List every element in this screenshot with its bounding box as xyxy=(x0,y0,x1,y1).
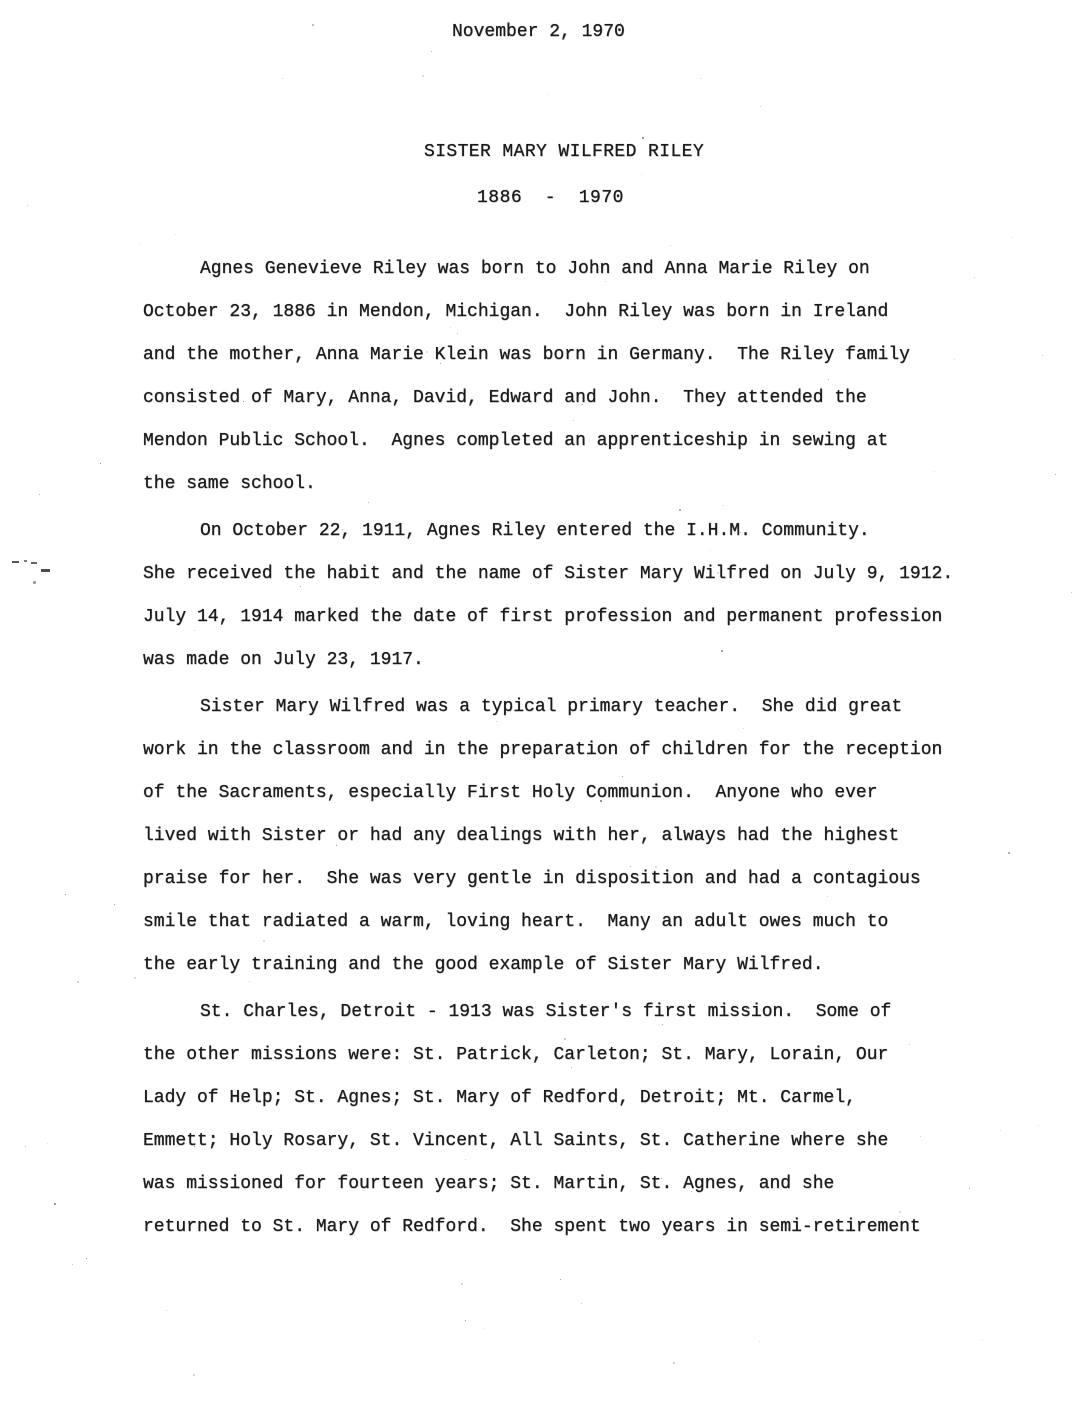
speck xyxy=(166,1310,167,1311)
text-line: lived with Sister or had any dealings wi… xyxy=(143,815,973,858)
text-line: Mendon Public School. Agnes completed an… xyxy=(143,420,973,463)
text-line: St. Charles, Detroit - 1913 was Sister's… xyxy=(143,991,973,1034)
speck xyxy=(100,463,101,464)
speck xyxy=(560,1279,561,1280)
speck xyxy=(114,904,115,905)
text-line: Lady of Help; St. Agnes; St. Mary of Red… xyxy=(143,1077,973,1120)
speck xyxy=(673,1362,675,1364)
text-line: returned to St. Mary of Redford. She spe… xyxy=(143,1206,973,1249)
speck xyxy=(39,494,40,495)
speck xyxy=(282,78,283,79)
text-line: was made on July 23, 1917. xyxy=(143,639,973,682)
speck xyxy=(982,1339,983,1340)
scanned-document-page: November 2, 1970 SISTER MARY WILFRED RIL… xyxy=(0,0,1088,1408)
pen-dash-mark xyxy=(41,569,50,572)
speck xyxy=(642,137,644,139)
text-line: and the mother, Anna Marie Klein was bor… xyxy=(143,334,973,377)
speck xyxy=(759,1341,760,1342)
speck xyxy=(1012,237,1013,238)
document-title: SISTER MARY WILFRED RILEY xyxy=(424,142,704,162)
speck xyxy=(54,1203,56,1205)
speck xyxy=(65,894,66,895)
speck xyxy=(700,78,701,79)
document-date: November 2, 1970 xyxy=(452,22,625,42)
speck xyxy=(86,1258,87,1259)
speck xyxy=(140,243,141,244)
pen-dash-mark xyxy=(31,562,37,564)
document-years: 1886 - 1970 xyxy=(477,188,624,208)
text-line: Emmett; Holy Rosary, St. Vincent, All Sa… xyxy=(143,1120,973,1163)
speck xyxy=(1071,592,1072,593)
speck xyxy=(1042,355,1043,356)
speck xyxy=(547,94,548,95)
text-line: work in the classroom and in the prepara… xyxy=(143,729,973,772)
speck xyxy=(974,277,975,278)
speck xyxy=(1000,1130,1001,1131)
speck xyxy=(483,1328,484,1329)
speck xyxy=(312,24,314,26)
speck xyxy=(1055,474,1056,475)
document-body: Agnes Genevieve Riley was born to John a… xyxy=(143,248,973,1253)
text-line: On October 22, 1911, Agnes Riley entered… xyxy=(143,510,973,553)
speck xyxy=(175,234,176,235)
speck xyxy=(134,977,136,979)
speck xyxy=(27,205,28,206)
speck xyxy=(47,1143,48,1144)
text-line: the same school. xyxy=(143,463,973,506)
text-line: Sister Mary Wilfred was a typical primar… xyxy=(143,686,973,729)
text-line: the other missions were: St. Patrick, Ca… xyxy=(143,1034,973,1077)
speck xyxy=(1038,1125,1039,1126)
speck xyxy=(670,245,671,246)
text-line: the early training and the good example … xyxy=(143,944,973,987)
text-line: consisted of Mary, Anna, David, Edward a… xyxy=(143,377,973,420)
speck xyxy=(641,174,642,175)
speck xyxy=(465,1320,466,1321)
speck xyxy=(431,51,432,52)
speck xyxy=(581,1303,582,1304)
speck xyxy=(461,1283,463,1285)
speck xyxy=(72,1264,73,1265)
text-line: October 23, 1886 in Mendon, Michigan. Jo… xyxy=(143,291,973,334)
speck xyxy=(25,1146,26,1147)
paragraph: Agnes Genevieve Riley was born to John a… xyxy=(143,248,973,506)
text-line: smile that radiated a warm, loving heart… xyxy=(143,901,973,944)
speck xyxy=(760,106,761,107)
text-line: Agnes Genevieve Riley was born to John a… xyxy=(143,248,973,291)
speck xyxy=(422,75,424,77)
paragraph: Sister Mary Wilfred was a typical primar… xyxy=(143,686,973,987)
pen-dot-mark xyxy=(33,581,36,584)
paragraph: On October 22, 1911, Agnes Riley entered… xyxy=(143,510,973,682)
text-line: July 14, 1914 marked the date of first p… xyxy=(143,596,973,639)
pen-dash-mark xyxy=(12,561,19,563)
speck xyxy=(193,1374,195,1376)
text-line: of the Sacraments, especially First Holy… xyxy=(143,772,973,815)
text-line: was missioned for fourteen years; St. Ma… xyxy=(143,1163,973,1206)
text-line: praise for her. She was very gentle in d… xyxy=(143,858,973,901)
text-line: She received the habit and the name of S… xyxy=(143,553,973,596)
paragraph: St. Charles, Detroit - 1913 was Sister's… xyxy=(143,991,973,1249)
speck xyxy=(77,981,79,983)
speck xyxy=(1008,852,1010,854)
pen-dash-mark xyxy=(24,560,27,562)
